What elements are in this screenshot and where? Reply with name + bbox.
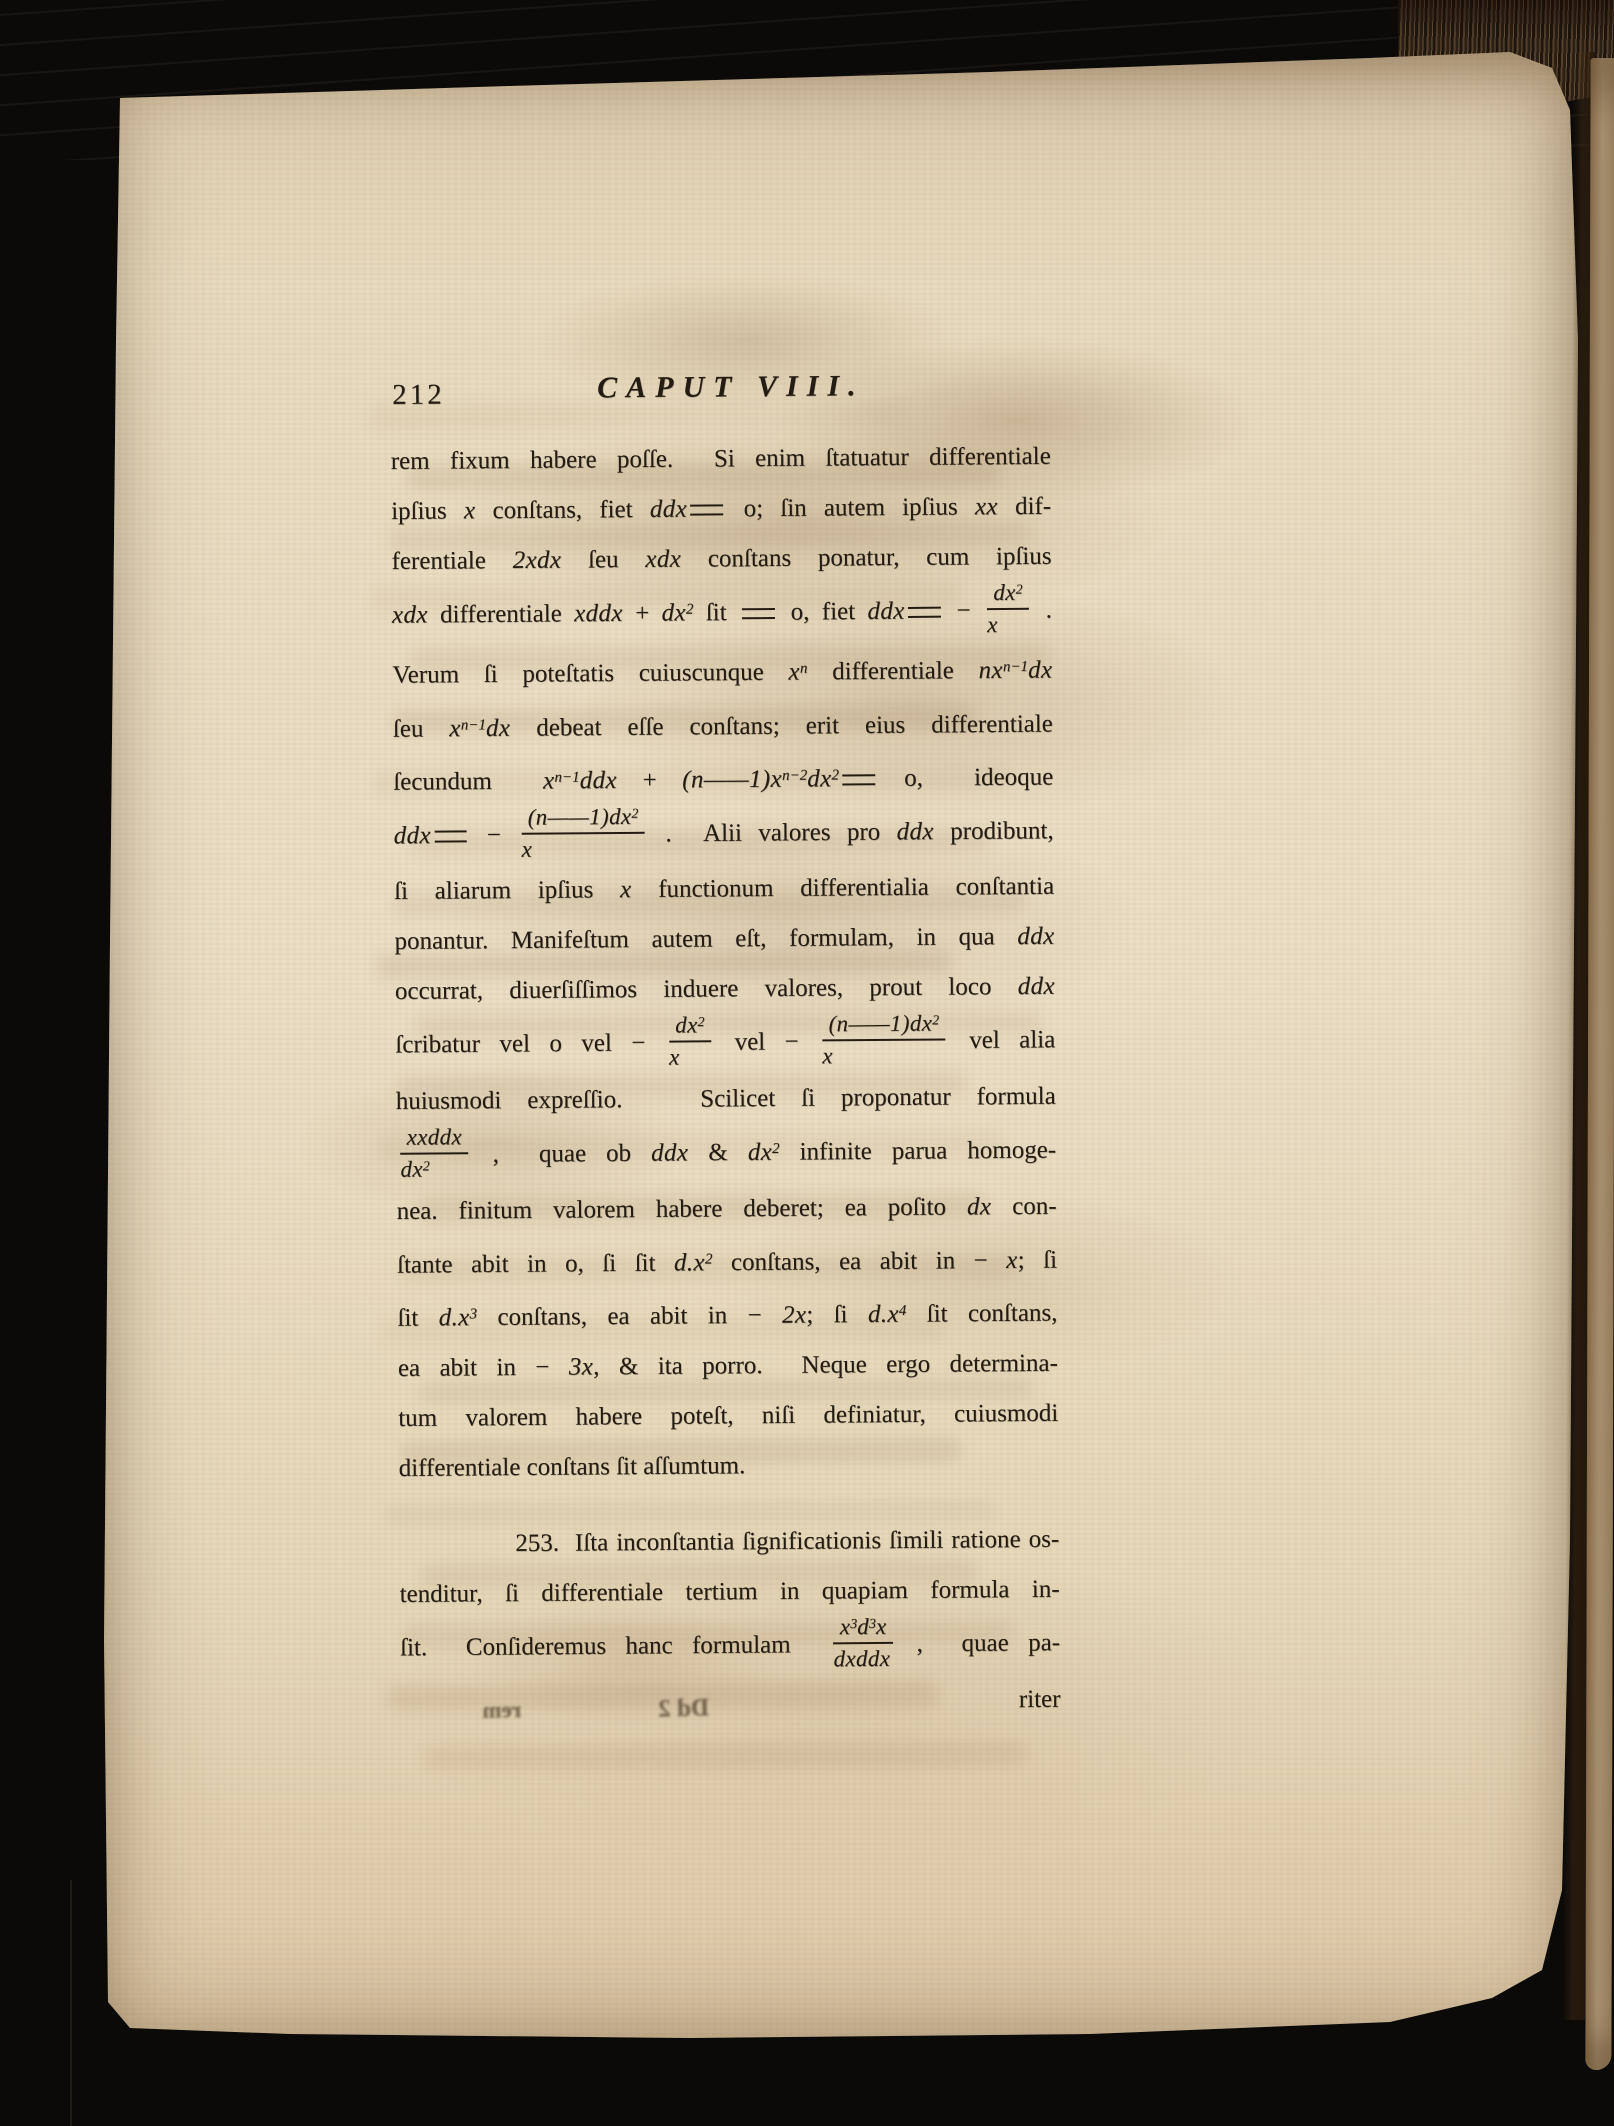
fraction-denominator: x [521,833,645,863]
math-run: d [857,1614,869,1639]
catchword: riter [1019,1685,1061,1712]
math-run: x [788,658,800,685]
text-run: ſit conſtans, [906,1300,1057,1328]
text-run: differentiale [428,600,575,628]
text-line: xdx differentiale xddx + dx2 ſit o, fiet… [392,582,1052,647]
text-line: ea abit in − 3x, & ita porro. Neque ergo… [398,1339,1058,1394]
math-run: x [543,768,555,795]
text-run: Verum ſi poteſtatis cuiuscunque [392,658,788,688]
text-run: + [623,600,662,627]
math-run: xxddx [407,1124,463,1149]
math-run: xdx [645,546,681,573]
text-line: nea. finitum valorem habere deberet; ea … [396,1181,1056,1236]
fraction-numerator: dx2 [987,579,1029,610]
text-run: 253. Iſta inconſtantia ſignificationis ſ… [515,1526,1059,1557]
math-run: ddx [1018,973,1055,1000]
math-run: x [669,1045,680,1070]
math-run: 2x [782,1302,807,1329]
inline-fraction: (n——1)dx2x [521,803,645,863]
text-run: nea. finitum valorem habere deberet; ea … [397,1193,968,1224]
text-run: − [470,821,517,848]
math-run: x [876,1614,887,1639]
equals-sign [434,831,467,843]
math-run: (n——1)x [682,766,782,794]
catchword-line: rem Dd 2 riter [400,1674,1060,1729]
math-run: x [822,1044,833,1069]
text-run: ſit [397,1305,438,1332]
math-run: dx [967,1193,992,1220]
text-run: huiusmodi expreſſio. Scilicet ſi propona… [396,1083,1056,1115]
fraction-numerator: dx2 [669,1012,711,1043]
paragraph: 253. Iſta inconſtantia ſignificationis ſ… [399,1515,1060,1680]
text-run: . [1033,597,1052,624]
superscript: 2 [631,806,638,821]
text-run: o, fiet [778,598,867,626]
text-run: o; ſin autem ipſius [726,493,975,522]
text-line: huiusmodi expreſſio. Scilicet ſi propona… [396,1072,1056,1127]
book-page: 212 CAPUT VIII. rem fixum habere poſſe. … [90,40,1582,2045]
text-run: ponantur. Manifeſtum autem eſt, formulam… [394,924,1017,956]
text-run: − [944,597,983,624]
text-run: + [617,767,683,795]
text-line: Verum ſi poteſtatis cuiuscunque xn diffe… [392,642,1052,701]
superscript: n−1 [1003,659,1028,675]
text-run: , quae ob [473,1140,652,1168]
text-line: ſit. Conſideremus hanc formulam x3d3xdxd… [400,1615,1060,1680]
inline-fraction: (n——1)dx2x [822,1010,946,1070]
math-run: xx [975,493,998,520]
text-run: ſcribatur vel o vel − [395,1030,665,1059]
text-run: vel alia [950,1027,1056,1055]
math-run: x [620,877,632,904]
text-run: ipſius [391,497,464,525]
text-line: rem fixum habere poſſe. Si enim ſtatuatu… [391,432,1051,487]
math-run: (n——1)dx [528,804,632,830]
fraction-numerator: (n——1)dx2 [521,803,645,834]
text-line: differentiale conſtans ſit aſſumtum. [398,1439,1058,1494]
text-line: ſi aliarum ipſius x functionum different… [394,862,1054,917]
text-line: ddx − (n——1)dx2x . Alii valores pro ddx … [393,803,1053,868]
text-run: ea abit in − [398,1354,569,1382]
inline-fraction: x3d3xdxddx [833,1613,893,1673]
superscript: 2 [1016,582,1023,597]
math-run: ddx [867,598,904,625]
text-run: ſit. Conſideremus hanc formulam [400,1631,829,1661]
text-run: dif- [998,493,1051,520]
math-run: ddx [394,822,431,849]
text-run: ſeu [561,546,645,574]
text-line: ſecundum xn−1ddx + (n——1)xn−2dx2 o, ideo… [393,749,1053,808]
equals-sign [908,606,941,618]
text-run: , quae pa- [897,1629,1060,1657]
text-line: tum valorem habere poteſt, niſi definiat… [398,1389,1058,1444]
text-run: infinite parua homoge- [780,1136,1057,1165]
fraction-denominator: x [669,1042,711,1071]
text-run: conſtans, ea abit in − [712,1247,1006,1276]
text-line: ſtante abit in o, ſi ſit d.x2 conſtans, … [397,1231,1057,1290]
math-run: ddx [580,767,617,794]
inline-fraction: dx2x [987,579,1030,639]
text-run: conſtans, ea abit in − [477,1302,782,1331]
text-run: , & ita porro. Neque ergo determina- [593,1350,1058,1381]
inline-fraction: xxddxdx2 [400,1123,469,1183]
equals-sign [742,607,775,619]
math-run: dx [661,599,686,626]
superscript: 2 [932,1013,939,1028]
text-block: 212 CAPUT VIII. rem fixum habere poſſe. … [390,360,1061,1730]
text-line: ſit d.x3 conſtans, ea abit in − 2x; ſi d… [397,1285,1057,1344]
math-run: x [1006,1247,1018,1274]
superscript: 4 [899,1303,907,1319]
superscript: 2 [698,1015,705,1030]
math-run: nx [978,657,1003,684]
text-line: ponantur. Manifeſtum autem eſt, formulam… [394,912,1054,967]
math-run: 3x [569,1354,594,1381]
superscript: 3 [470,1307,478,1323]
body-text: rem fixum habere poſſe. Si enim ſtatuatu… [391,432,1061,1680]
text-run: ; ſi [806,1301,868,1328]
text-run: rem fixum habere poſſe. Si enim ſtatuatu… [391,443,1051,475]
text-run: & [688,1139,748,1166]
text-run: debeat eſſe conſtans; erit eius differen… [510,710,1053,741]
fraction-denominator: dx2 [400,1154,468,1184]
math-run: x [521,837,532,862]
text-run: conſtans, fiet [475,496,650,524]
text-line: ferentiale 2xdx ſeu xdx conſtans ponatur… [391,532,1051,587]
text-run: ſit [693,599,739,626]
math-run: dx [1028,656,1053,683]
math-run: ddx [651,1139,688,1166]
paragraph: rem fixum habere poſſe. Si enim ſtatuatu… [391,432,1059,1494]
text-run: vel − [715,1029,818,1057]
math-run: ddx [1017,923,1054,950]
text-line: tenditur, ſi differentiale tertium in qu… [399,1565,1059,1620]
superscript: n−1 [554,770,579,786]
inline-fraction: dx2x [669,1012,712,1072]
superscript: 2 [423,1158,430,1173]
text-line: ipſius x conſtans, fiet ddx o; ſin autem… [391,482,1051,537]
chapter-heading: CAPUT VIII. [597,369,865,405]
math-run: xddx [574,600,623,627]
text-line: ſeu xn−1dx debeat eſſe conſtans; erit ei… [393,695,1053,754]
text-run: ſi aliarum ipſius [394,877,620,906]
math-run: x [464,497,476,524]
text-run: tenditur, ſi differentiale tertium in qu… [400,1576,1060,1608]
text-run: ſecundum [393,768,543,796]
fraction-numerator: xxddx [400,1123,468,1154]
math-run: d.x [674,1249,705,1276]
superscript: n [800,660,808,676]
text-run: functionum differentialia conſtantia [631,873,1054,903]
text-line: ſcribatur vel o vel − dx2x vel − (n——1)d… [395,1012,1055,1077]
math-run: 2xdx [513,547,562,574]
math-run: ddx [650,496,687,523]
page-number: 212 [392,379,445,412]
fraction-numerator: x3d3x [833,1613,893,1644]
text-run: differentiale conſtans ſit aſſumtum. [399,1452,746,1482]
math-run: x [840,1614,851,1639]
superscript: n−2 [782,768,807,784]
math-run: (n——1)dx [828,1011,932,1037]
fraction-denominator: x [987,610,1029,639]
math-run: x [987,612,998,637]
text-line: 253. Iſta inconſtantia ſignificationis ſ… [399,1515,1059,1570]
math-run: dx [993,580,1016,605]
text-run: . Alii valores pro [649,819,897,848]
math-run: ddx [896,818,933,845]
math-run: dx [400,1157,423,1182]
math-run: dx [675,1013,698,1038]
scanner-bed-seam [70,1880,72,2126]
text-run: prodibunt, [934,817,1054,845]
text-run: differentiale [807,657,978,685]
math-run: d.x [439,1305,470,1332]
page-header: 212 CAPUT VIII. [390,360,1051,437]
math-run: d.x [868,1301,899,1328]
text-run: occurrat, diuerſiſſimos induere valores,… [395,974,1018,1006]
text-run: ſtante abit in o, ſi ſit [397,1249,674,1278]
equals-sign [843,774,876,786]
math-run: dxddx [833,1646,890,1671]
text-run: ſeu [393,715,450,742]
math-run: dx [807,766,832,793]
text-run: con- [991,1192,1057,1220]
math-run: dx [748,1139,773,1166]
math-run: x [449,715,461,742]
text-run: o, ideoque [878,764,1053,792]
book-scan: 212 CAPUT VIII. rem fixum habere poſſe. … [0,0,1614,2126]
equals-sign [690,504,723,516]
fraction-denominator: x [822,1040,946,1070]
superscript: n−1 [461,717,486,733]
text-line: xxddxdx2 , quae ob ddx & dx2 infinite pa… [396,1122,1056,1187]
text-run: ; ſi [1018,1246,1058,1273]
ghost-signature-mark: Dd 2 [658,1683,710,1734]
adjacent-page-edge [1585,58,1614,2070]
ghost-showthrough-word: rem [482,1684,522,1735]
text-run: ferentiale [391,547,512,575]
showthrough-band [423,1742,1029,1771]
fraction-numerator: (n——1)dx2 [822,1010,946,1041]
fraction-denominator: dxddx [833,1644,893,1673]
text-run: tum valorem habere poteſt, niſi definiat… [398,1400,1058,1432]
superscript: 2 [831,768,839,784]
text-line: occurrat, diuerſiſſimos induere valores,… [395,962,1055,1017]
text-run: conſtans ponatur, cum ipſius [681,543,1052,573]
math-run: xdx [392,601,428,628]
math-run: dx [486,714,511,741]
